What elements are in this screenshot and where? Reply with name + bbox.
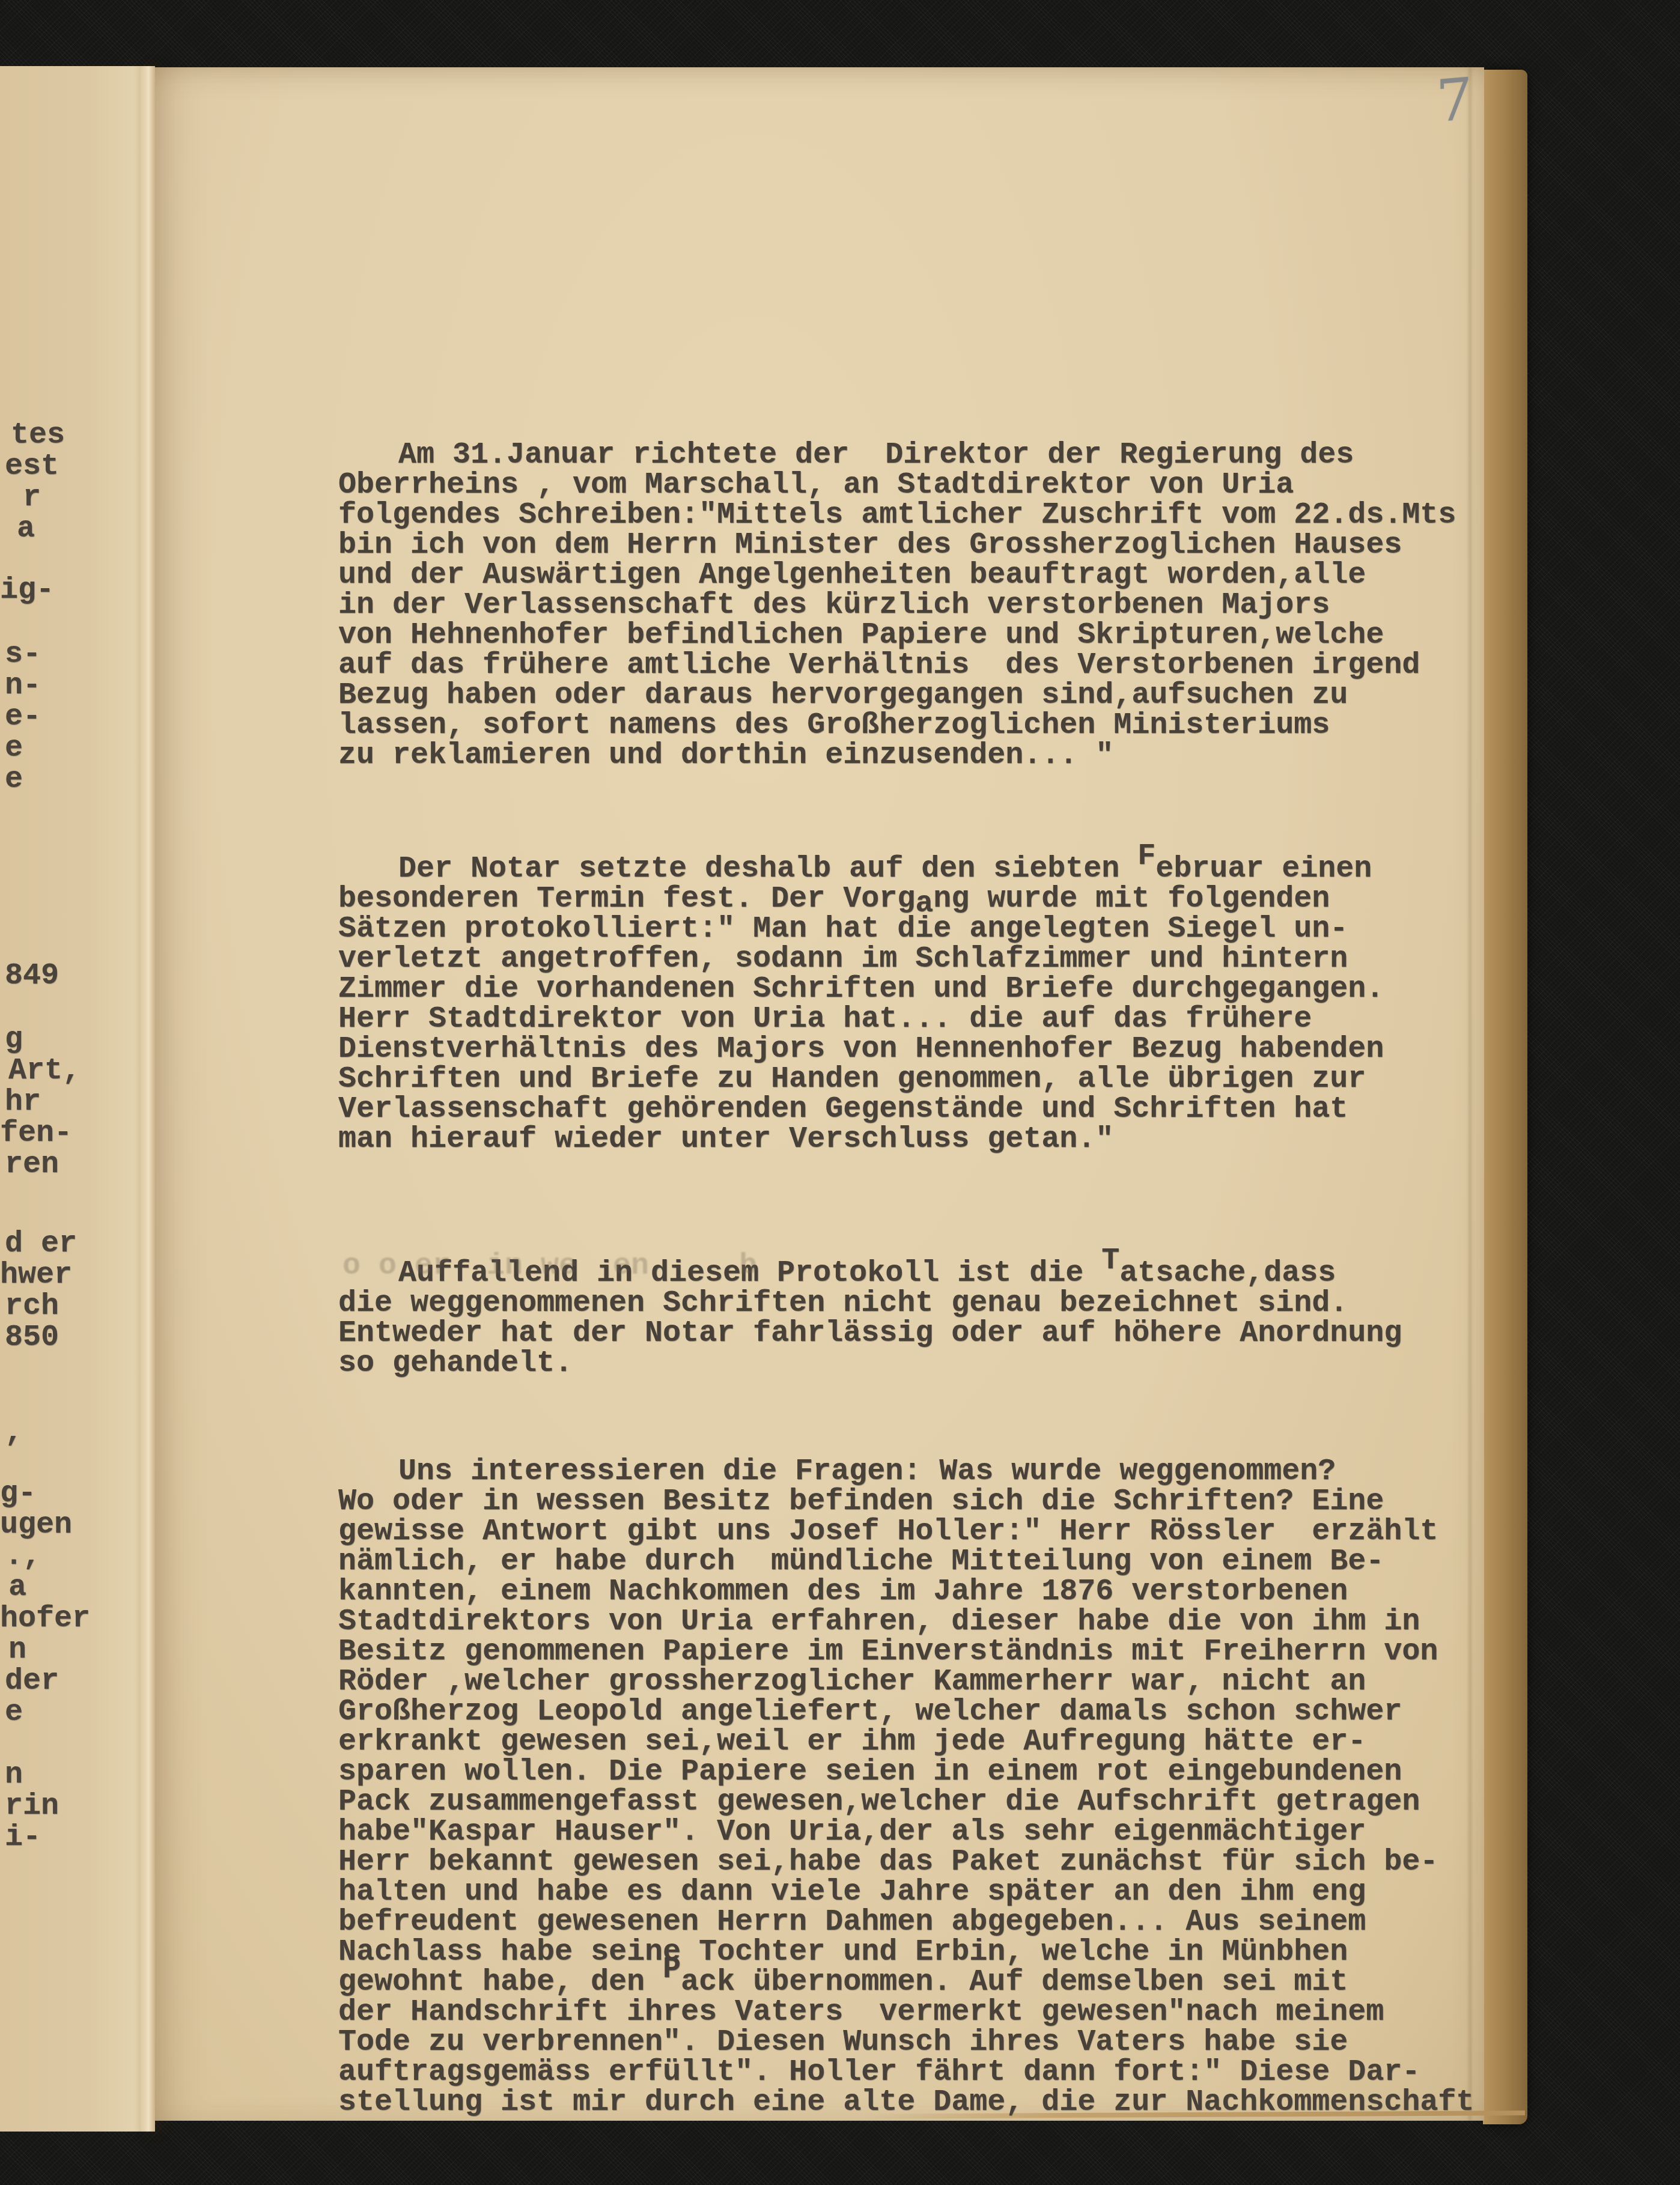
text-line: Besitz genommenen Papiere im Einverständ… [338, 1637, 1516, 1667]
text-line: Wo oder in wessen Besitz befinden sich d… [338, 1487, 1516, 1517]
text-line: Entweder hat der Notar fahrlässig oder a… [338, 1319, 1516, 1349]
fragment-line: a [17, 514, 35, 544]
text-line: bin ich von dem Herrn Minister des Gross… [338, 530, 1516, 561]
text-line: lassen, sofort namens des Großherzoglich… [338, 711, 1516, 741]
text-line: erkrankt gewesen sei,weil er ihm jede Au… [338, 1727, 1516, 1757]
fragment-line: ren [5, 1150, 59, 1180]
text-line: Schriften und Briefe zu Handen genommen,… [338, 1065, 1516, 1095]
text-line: besonderen Termin fest. Der Vorgang wurd… [338, 884, 1516, 914]
fragment-line: rin [5, 1791, 59, 1822]
text-line: Sätzen protokolliert:" Man hat die angel… [338, 914, 1516, 944]
text-line: Herr Stadtdirektor von Uria hat... die a… [338, 1004, 1516, 1035]
text-line: Dienstverhältnis des Majors von Hennenho… [338, 1035, 1516, 1065]
text-line: auf das frühere amtliche Verhältnis des … [338, 651, 1516, 681]
fragment-line: hwer [0, 1260, 72, 1290]
paragraph-4: Uns interessieren die Fragen: Was wurde … [338, 1457, 1516, 2118]
text-line: stellung ist mir durch eine alte Dame, d… [338, 2088, 1516, 2118]
text-line: folgendes Schreiben:"Mittels amtlicher Z… [338, 500, 1516, 530]
text-line: nämlich, er habe durch mündliche Mitteil… [338, 1547, 1516, 1577]
fragment-line: i- [5, 1823, 41, 1853]
fragment-line: Art, [8, 1056, 81, 1086]
text-line: befreudent gewesenen Herrn Dahmen abgege… [338, 1907, 1516, 1937]
text-line: Am 31.Januar richtete der Direktor der R… [338, 440, 1516, 470]
fragment-line: g [5, 1025, 23, 1055]
text-line: sparen wollen. Die Papiere seien in eine… [338, 1757, 1516, 1787]
fragment-line: hofer [0, 1604, 90, 1634]
previous-page-torn-edge [141, 66, 155, 2132]
text-line: verletzt angetroffen, sodann im Schlafzi… [338, 944, 1516, 974]
fragment-line: fen- [0, 1119, 72, 1149]
fragment-line: 850 [5, 1323, 59, 1353]
text-line: halten und habe es dann viele Jahre spät… [338, 1877, 1516, 1907]
fragment-line: n [8, 1635, 26, 1665]
text-line: habe"Kaspar Hauser". Von Uria,der als se… [338, 1817, 1516, 1847]
text-line: von Hehnenhofer befindlichen Papiere und… [338, 621, 1516, 651]
text-line: so gehandelt. [338, 1349, 1516, 1379]
fragment-line: rch [5, 1292, 59, 1322]
fragment-line: 849 [5, 961, 59, 991]
text-line: Großherzog Leopold angeliefert, welcher … [338, 1697, 1516, 1727]
fragment-line: r [23, 483, 41, 513]
text-line: gewohnt habe, den Pack übernommen. Auf d… [338, 1968, 1516, 1998]
fragment-line: ugen [0, 1510, 72, 1540]
raised-typed-letter: P [663, 1953, 681, 1987]
text-line: Der Notar setzte deshalb auf den siebten… [338, 854, 1516, 884]
text-line: Zimmer die vorhandenen Schriften und Bri… [338, 974, 1516, 1004]
text-line: in der Verlassenschaft des kürzlich vers… [338, 591, 1516, 621]
text-line: kannten, einem Nachkommen des im Jahre 1… [338, 1577, 1516, 1607]
fragment-line: der [5, 1667, 59, 1697]
text-line: Nachlass habe seine Tochter und Erbin, w… [338, 1937, 1516, 1968]
text-line: gewisse Antwort gibt uns Josef Holler:" … [338, 1517, 1516, 1547]
raised-typed-letter: T [1101, 1244, 1119, 1278]
text-line: die weggenommenen Schriften nicht genau … [338, 1289, 1516, 1319]
fragment-line: a [8, 1573, 26, 1603]
fragment-line: d er [5, 1229, 77, 1259]
fragment-line: , [5, 1418, 23, 1448]
text-line: man hierauf wieder unter Verschluss geta… [338, 1125, 1516, 1155]
text-line: Tode zu verbrennen". Diesen Wunsch ihres… [338, 2028, 1516, 2058]
text-line: Uns interessieren die Fragen: Was wurde … [338, 1457, 1516, 1487]
fragment-line: e [5, 765, 23, 795]
fragment-line: e [5, 1698, 23, 1728]
fragment-line: s- [5, 640, 41, 670]
fragment-line: e- [5, 702, 41, 732]
text-line: auftragsgemäss erfüllt". Holler fährt da… [338, 2058, 1516, 2088]
fragment-line: ., [5, 1542, 41, 1572]
text-line: Pack zusammengefasst gewesen,welcher die… [338, 1787, 1516, 1817]
text-line: Stadtdirektors von Uria erfahren, dieser… [338, 1607, 1516, 1637]
text-line: und der Auswärtigen Angelgenheiten beauf… [338, 561, 1516, 591]
fragment-line: n- [5, 671, 41, 701]
fragment-line: hr [5, 1087, 41, 1117]
erased-overstrike-line: o o er in we en b [342, 1251, 757, 1281]
text-line: Bezug haben oder daraus hervorgegangen s… [338, 681, 1516, 711]
text-line: Röder ,welcher grossherzoglicher Kammerh… [338, 1667, 1516, 1697]
text-line: der Handschrift ihres Vaters vermerkt ge… [338, 1998, 1516, 2028]
fragment-line: e [5, 734, 23, 764]
paragraph-1: Am 31.Januar richtete der Direktor der R… [338, 440, 1516, 771]
text-line: zu reklamieren und dorthin einzusenden..… [338, 741, 1516, 771]
fragment-line: ig- [0, 576, 54, 606]
text-line: Oberrheins , vom Marschall, an Stadtdire… [338, 470, 1516, 500]
fragment-line: est [5, 452, 59, 482]
fragment-line: g- [0, 1479, 36, 1509]
fragment-line: n [5, 1760, 23, 1790]
text-line: Herr bekannt gewesen sei,habe das Paket … [338, 1847, 1516, 1877]
fragment-line: tes [11, 421, 65, 451]
scanned-document-scene: 7 tesestraig-s-n-e-ee849gArt,hrfen-rend … [0, 0, 1680, 2185]
text-line: Verlassenschaft gehörenden Gegenstände u… [338, 1095, 1516, 1125]
pencil-page-number: 7 [1435, 68, 1485, 139]
raised-typed-letter: F [1137, 839, 1155, 874]
paragraph-2: Der Notar setzte deshalb auf den siebten… [338, 854, 1516, 1155]
